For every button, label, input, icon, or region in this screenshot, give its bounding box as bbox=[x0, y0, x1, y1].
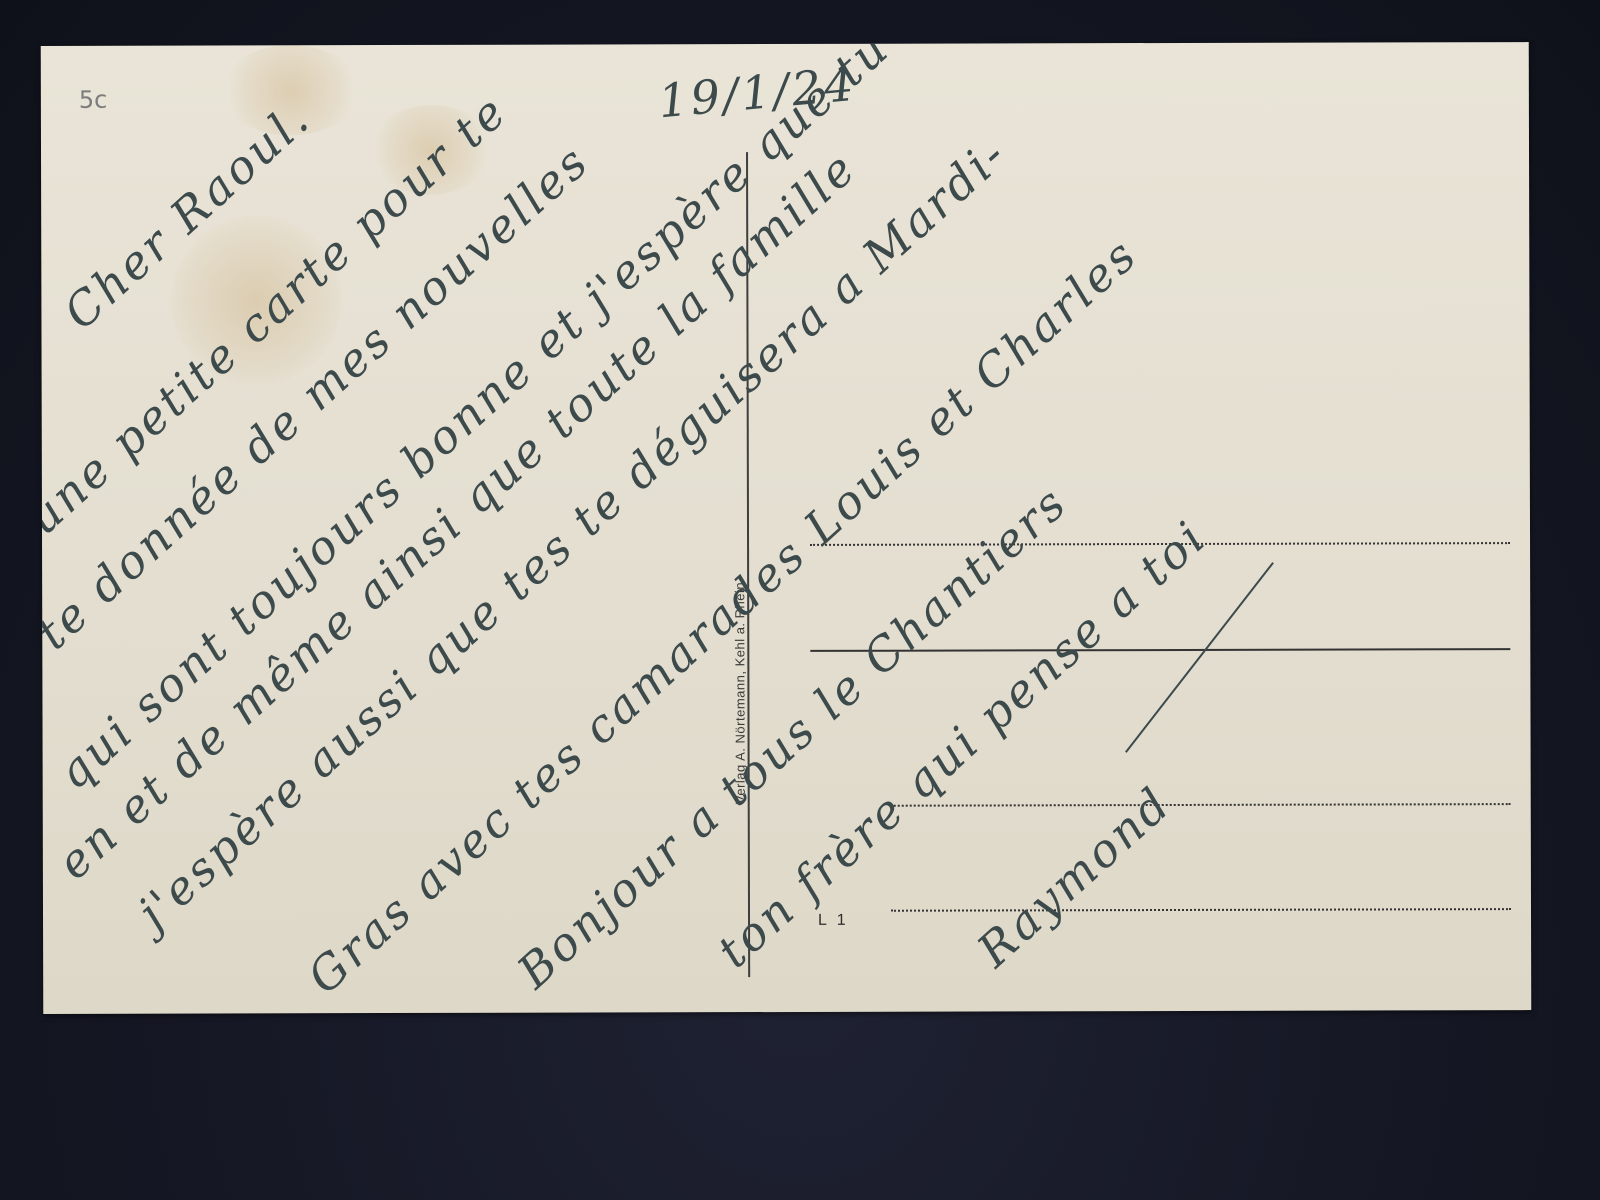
address-line bbox=[891, 803, 1511, 807]
postcard: 5c Verlag A. Nörtemann, Kehl a. Rhein L … bbox=[41, 42, 1532, 1014]
address-line bbox=[891, 908, 1511, 912]
pencil-mark: 5c bbox=[79, 86, 108, 114]
series-code: L 1 bbox=[818, 912, 849, 930]
